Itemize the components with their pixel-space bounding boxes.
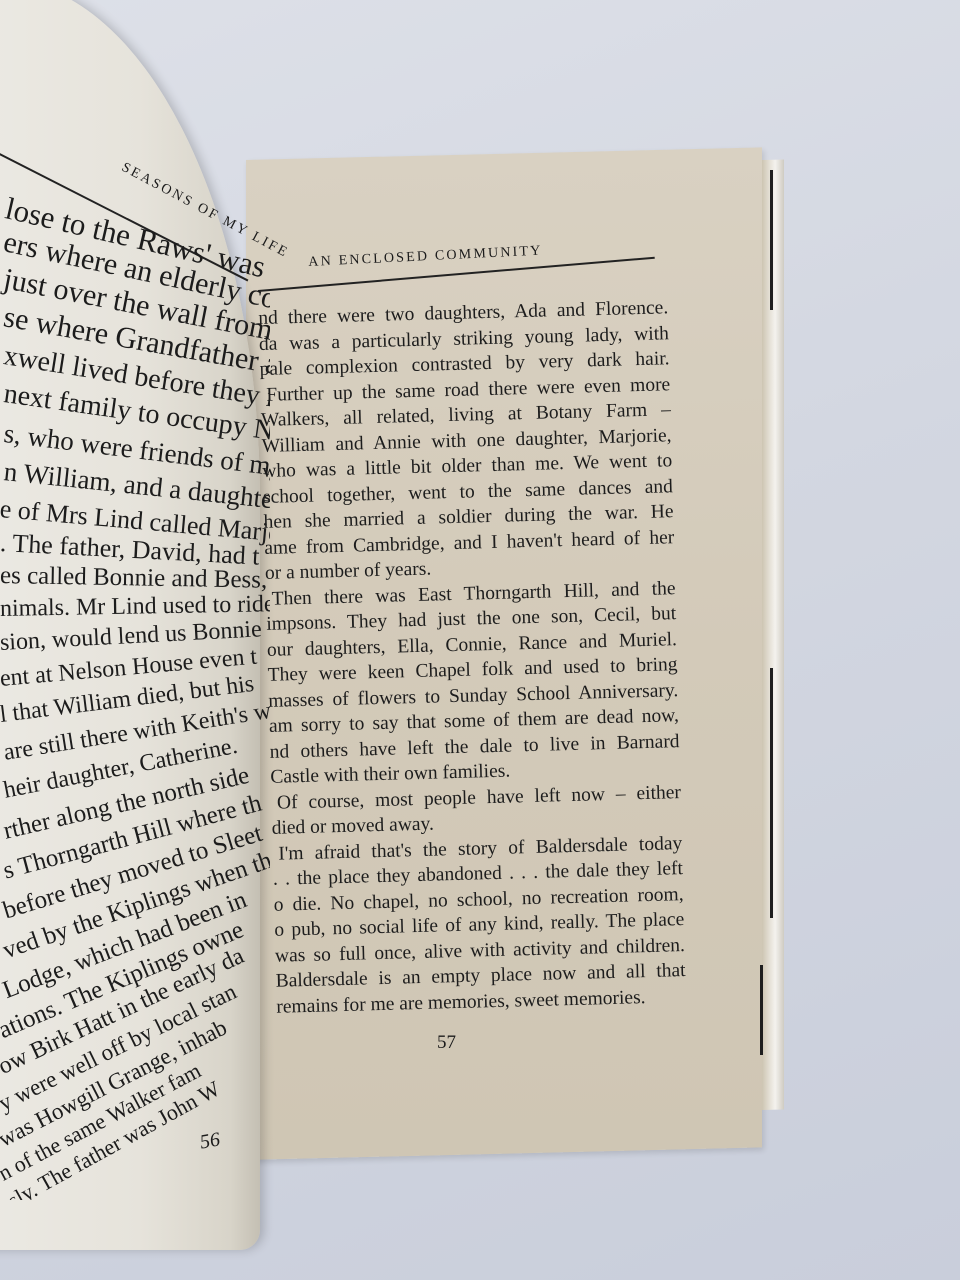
- page-block-edge: [762, 159, 784, 1110]
- page-edge-mark: [770, 668, 773, 918]
- text-line: es called Bonnie and Bess, bot: [0, 562, 270, 595]
- right-page-body: nd there were two daughters, Ada and Flo…: [258, 295, 687, 1019]
- page-number-right: 57: [437, 1032, 456, 1054]
- page-edge-mark: [770, 170, 773, 310]
- page-edge-mark: [760, 965, 763, 1055]
- page-number-left: 56: [198, 1128, 222, 1154]
- photo-scene: AN ENCLOSED COMMUNITY nd there were two …: [0, 0, 960, 1280]
- left-page-body: lose to the Raws' was another ers where …: [0, 0, 270, 1200]
